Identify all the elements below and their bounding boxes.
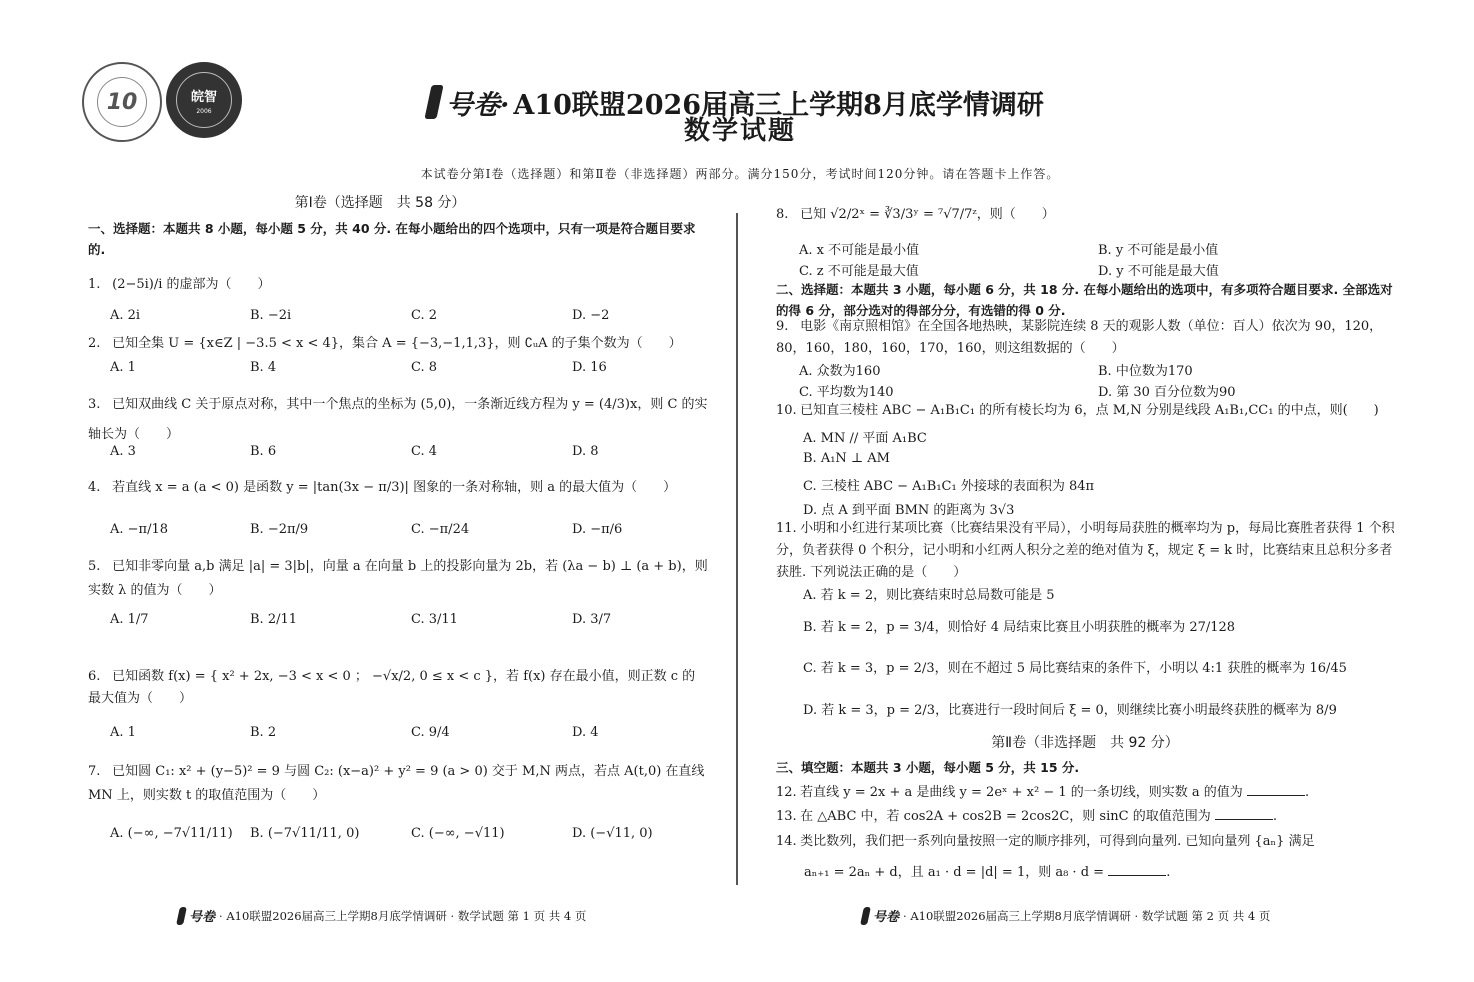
question-text: 电影《南京照相馆》在全国各地热映，某影院连续 8 天的观影人数（单位：百人）依次…: [776, 319, 1382, 356]
question-14-continued: aₙ₊₁ = 2aₙ + d，且 a₁ · d = |d| = 1，则 a₈ ·…: [804, 862, 1394, 884]
column-divider: [736, 213, 738, 885]
question-number: 10.: [776, 400, 796, 422]
q2-option-b: B. 4: [250, 360, 276, 375]
q5-option-d: D. 3/7: [572, 612, 611, 627]
question-11: 11. 小明和小红进行某项比赛（比赛结果没有平局），小明每局获胜的概率均为 p，…: [776, 518, 1396, 584]
brush-stroke-icon: [860, 907, 871, 925]
question-text: 小明和小红进行某项比赛（比赛结果没有平局），小明每局获胜的概率均为 p，每局比赛…: [776, 521, 1395, 580]
question-3: 3. 已知双曲线 C 关于原点对称，其中一个焦点的坐标为 (5,0)，一条渐近线…: [88, 390, 708, 450]
question-1: 1. (2−5i)/i 的虚部为（ ）: [88, 274, 708, 296]
q2-option-d: D. 16: [572, 360, 607, 375]
question-number: 8.: [776, 204, 796, 226]
footer-brand: 号卷: [189, 906, 215, 925]
wanzhi-logo-center: 皖智: [191, 86, 217, 105]
q8-option-c: C. z 不可能是最大值: [799, 260, 919, 279]
q8-option-a: A. x 不可能是最小值: [799, 239, 919, 258]
exam-instructions: 本试卷分第Ⅰ卷（选择题）和第Ⅱ卷（非选择题）两部分。满分150分，考试时间120…: [380, 165, 1100, 182]
question-text: 类比数列，我们把一系列向量按照一定的顺序排列，可得到向量列. 已知向量列 {aₙ…: [800, 834, 1314, 849]
question-text: aₙ₊₁ = 2aₙ + d，且 a₁ · d = |d| = 1，则 a₈ ·…: [804, 865, 1104, 880]
footer-text: · A10联盟2026届高三上学期8月底学情调研 · 数学试题 第 2 页 共 …: [903, 908, 1270, 924]
q11-option-a: A. 若 k = 2，则比赛结束时总局数可能是 5: [803, 584, 1055, 603]
q1-option-a: A. 2i: [110, 308, 140, 323]
q5-option-b: B. 2/11: [250, 612, 297, 627]
q9-option-b: B. 中位数为170: [1098, 360, 1193, 379]
q6-option-c: C. 9/4: [411, 725, 450, 740]
q8-option-d: D. y 不可能是最大值: [1098, 260, 1219, 279]
q4-option-b: B. −2π/9: [250, 522, 308, 537]
q6-option-d: D. 4: [572, 725, 599, 740]
answer-blank[interactable]: [1108, 863, 1166, 876]
q9-option-d: D. 第 30 百分位数为90: [1098, 381, 1236, 400]
question-number: 14.: [776, 831, 796, 853]
q3-option-c: C. 4: [411, 444, 437, 459]
q3-option-b: B. 6: [250, 444, 276, 459]
answer-blank[interactable]: [1247, 783, 1305, 796]
question-number: 2.: [88, 333, 108, 355]
question-14: 14. 类比数列，我们把一系列向量按照一定的顺序排列，可得到向量列. 已知向量列…: [776, 831, 1396, 853]
wanzhi-education-logo: 皖智 2006: [166, 62, 242, 138]
q7-option-a: A. (−∞, −7√11/11): [110, 826, 233, 841]
question-text: 在 △ABC 中，若 cos2A + cos2B = 2cos2C，则 sinC…: [800, 809, 1211, 824]
q7-option-b: B. (−7√11/11, 0): [250, 826, 359, 841]
question-number: 13.: [776, 806, 796, 828]
q4-option-a: A. −π/18: [110, 522, 168, 537]
question-10: 10. 已知直三棱柱 ABC − A₁B₁C₁ 的所有棱长均为 6，点 M,N …: [776, 400, 1396, 422]
q10-option-a: A. MN // 平面 A₁BC: [803, 427, 927, 446]
q11-option-b: B. 若 k = 2，p = 3/4，则恰好 4 局结束比赛且小明获胜的概率为 …: [803, 616, 1235, 635]
q1-option-b: B. −2i: [250, 308, 291, 323]
question-number: 5.: [88, 555, 108, 579]
q9-option-c: C. 平均数为140: [799, 381, 894, 400]
part1-title: 第Ⅰ卷（选择题 共 58 分）: [240, 192, 520, 212]
q3-option-a: A. 3: [110, 444, 136, 459]
question-text: 已知双曲线 C 关于原点对称，其中一个焦点的坐标为 (5,0)，一条渐近线方程为…: [88, 397, 708, 442]
question-number: 3.: [88, 390, 108, 420]
q3-option-d: D. 8: [572, 444, 599, 459]
question-12: 12. 若直线 y = 2x + a 是曲线 y = 2eˣ + x² − 1 …: [776, 782, 1396, 804]
exam-subtitle: 数学试题: [640, 110, 840, 147]
question-number: 1.: [88, 274, 108, 296]
q7-option-c: C. (−∞, −√11): [411, 826, 505, 841]
q11-option-c: C. 若 k = 3，p = 2/3，则在不超过 5 局比赛结束的条件下，小明以…: [803, 657, 1347, 676]
question-number: 9.: [776, 316, 796, 338]
question-text: 已知非零向量 a,b 满足 |a| = 3|b|，向量 a 在向量 b 上的投影…: [88, 559, 708, 598]
question-2: 2. 已知全集 U = {x∈Z | −3.5 < x < 4}，集合 A = …: [88, 333, 708, 355]
answer-blank[interactable]: [1215, 807, 1273, 820]
question-9: 9. 电影《南京照相馆》在全国各地热映，某影院连续 8 天的观影人数（单位：百人…: [776, 316, 1396, 360]
group3-heading: 三、填空题：本题共 3 小题，每小题 5 分，共 15 分.: [776, 757, 1396, 778]
question-7: 7. 已知圆 C₁: x² + (y−5)² = 9 与圆 C₂: (x−a)²…: [88, 760, 708, 808]
q10-option-c: C. 三棱柱 ABC − A₁B₁C₁ 外接球的表面积为 84π: [803, 475, 1094, 494]
question-number: 4.: [88, 477, 108, 499]
q5-option-a: A. 1/7: [110, 612, 149, 627]
q1-option-d: D. −2: [572, 308, 609, 323]
q7-option-d: D. (−√11, 0): [572, 826, 653, 841]
question-text: 已知函数 f(x) = { x² + 2x, −3 < x < 0 ； −√x/…: [88, 669, 695, 706]
alliance-logo: 10: [82, 62, 162, 142]
question-number: 12.: [776, 782, 796, 804]
question-number: 7.: [88, 760, 108, 784]
footer-brand: 号卷: [873, 906, 899, 925]
wanzhi-logo-year: 2006: [196, 108, 211, 115]
q5-option-c: C. 3/11: [411, 612, 458, 627]
q10-option-b: B. A₁N ⊥ AM: [803, 451, 890, 466]
q4-option-d: D. −π/6: [572, 522, 622, 537]
q8-option-b: B. y 不可能是最小值: [1098, 239, 1218, 258]
group1-heading: 一、选择题：本题共 8 小题，每小题 5 分，共 40 分. 在每小题给出的四个…: [88, 218, 708, 260]
question-text: 若直线 y = 2x + a 是曲线 y = 2eˣ + x² − 1 的一条切…: [800, 785, 1243, 800]
footer-page-2: 号卷 · A10联盟2026届高三上学期8月底学情调研 · 数学试题 第 2 页…: [862, 906, 1270, 925]
brush-stroke-icon: [424, 85, 443, 119]
q2-option-a: A. 1: [110, 360, 136, 375]
q11-option-d: D. 若 k = 3，p = 2/3，比赛进行一段时间后 ξ = 0，则继续比赛…: [803, 699, 1337, 718]
question-text: 已知圆 C₁: x² + (y−5)² = 9 与圆 C₂: (x−a)² + …: [88, 764, 704, 803]
question-text: 已知全集 U = {x∈Z | −3.5 < x < 4}，集合 A = {−3…: [112, 336, 682, 351]
alliance-logo-emblem: 10: [97, 77, 147, 127]
question-13: 13. 在 △ABC 中，若 cos2A + cos2B = 2cos2C，则 …: [776, 806, 1396, 828]
q6-option-b: B. 2: [250, 725, 276, 740]
q6-option-a: A. 1: [110, 725, 136, 740]
question-4: 4. 若直线 x = a (a < 0) 是函数 y = |tan(3x − π…: [88, 477, 708, 499]
footer-text: · A10联盟2026届高三上学期8月底学情调研 · 数学试题 第 1 页 共 …: [219, 908, 586, 924]
question-text: 已知直三棱柱 ABC − A₁B₁C₁ 的所有棱长均为 6，点 M,N 分别是线…: [800, 403, 1379, 418]
q9-option-a: A. 众数为160: [799, 360, 880, 379]
q4-option-c: C. −π/24: [411, 522, 469, 537]
question-number: 6.: [88, 666, 108, 688]
footer-page-1: 号卷 · A10联盟2026届高三上学期8月底学情调研 · 数学试题 第 1 页…: [178, 906, 586, 925]
question-8: 8. 已知 √2/2ˣ = ∛3/3ʸ = ⁷√7/7ᶻ，则（ ）: [776, 204, 1396, 226]
q1-option-c: C. 2: [411, 308, 437, 323]
question-text: 若直线 x = a (a < 0) 是函数 y = |tan(3x − π/3)…: [112, 480, 676, 495]
brush-stroke-icon: [176, 907, 187, 925]
question-5: 5. 已知非零向量 a,b 满足 |a| = 3|b|，向量 a 在向量 b 上…: [88, 555, 708, 603]
part2-title: 第Ⅱ卷（非选择题 共 92 分）: [935, 732, 1235, 752]
question-text: (2−5i)/i 的虚部为（ ）: [112, 277, 270, 292]
group2-heading: 二、选择题：本题共 3 小题，每小题 6 分，共 18 分. 在每小题给出的选项…: [776, 279, 1396, 321]
question-6: 6. 已知函数 f(x) = { x² + 2x, −3 < x < 0 ； −…: [88, 666, 708, 710]
question-text: 已知 √2/2ˣ = ∛3/3ʸ = ⁷√7/7ᶻ，则（ ）: [800, 207, 1055, 222]
question-number: 11.: [776, 518, 796, 540]
q10-option-d: D. 点 A 到平面 BMN 的距离为 3√3: [803, 499, 1014, 518]
q2-option-c: C. 8: [411, 360, 437, 375]
brand-name: 号卷·: [446, 83, 509, 122]
